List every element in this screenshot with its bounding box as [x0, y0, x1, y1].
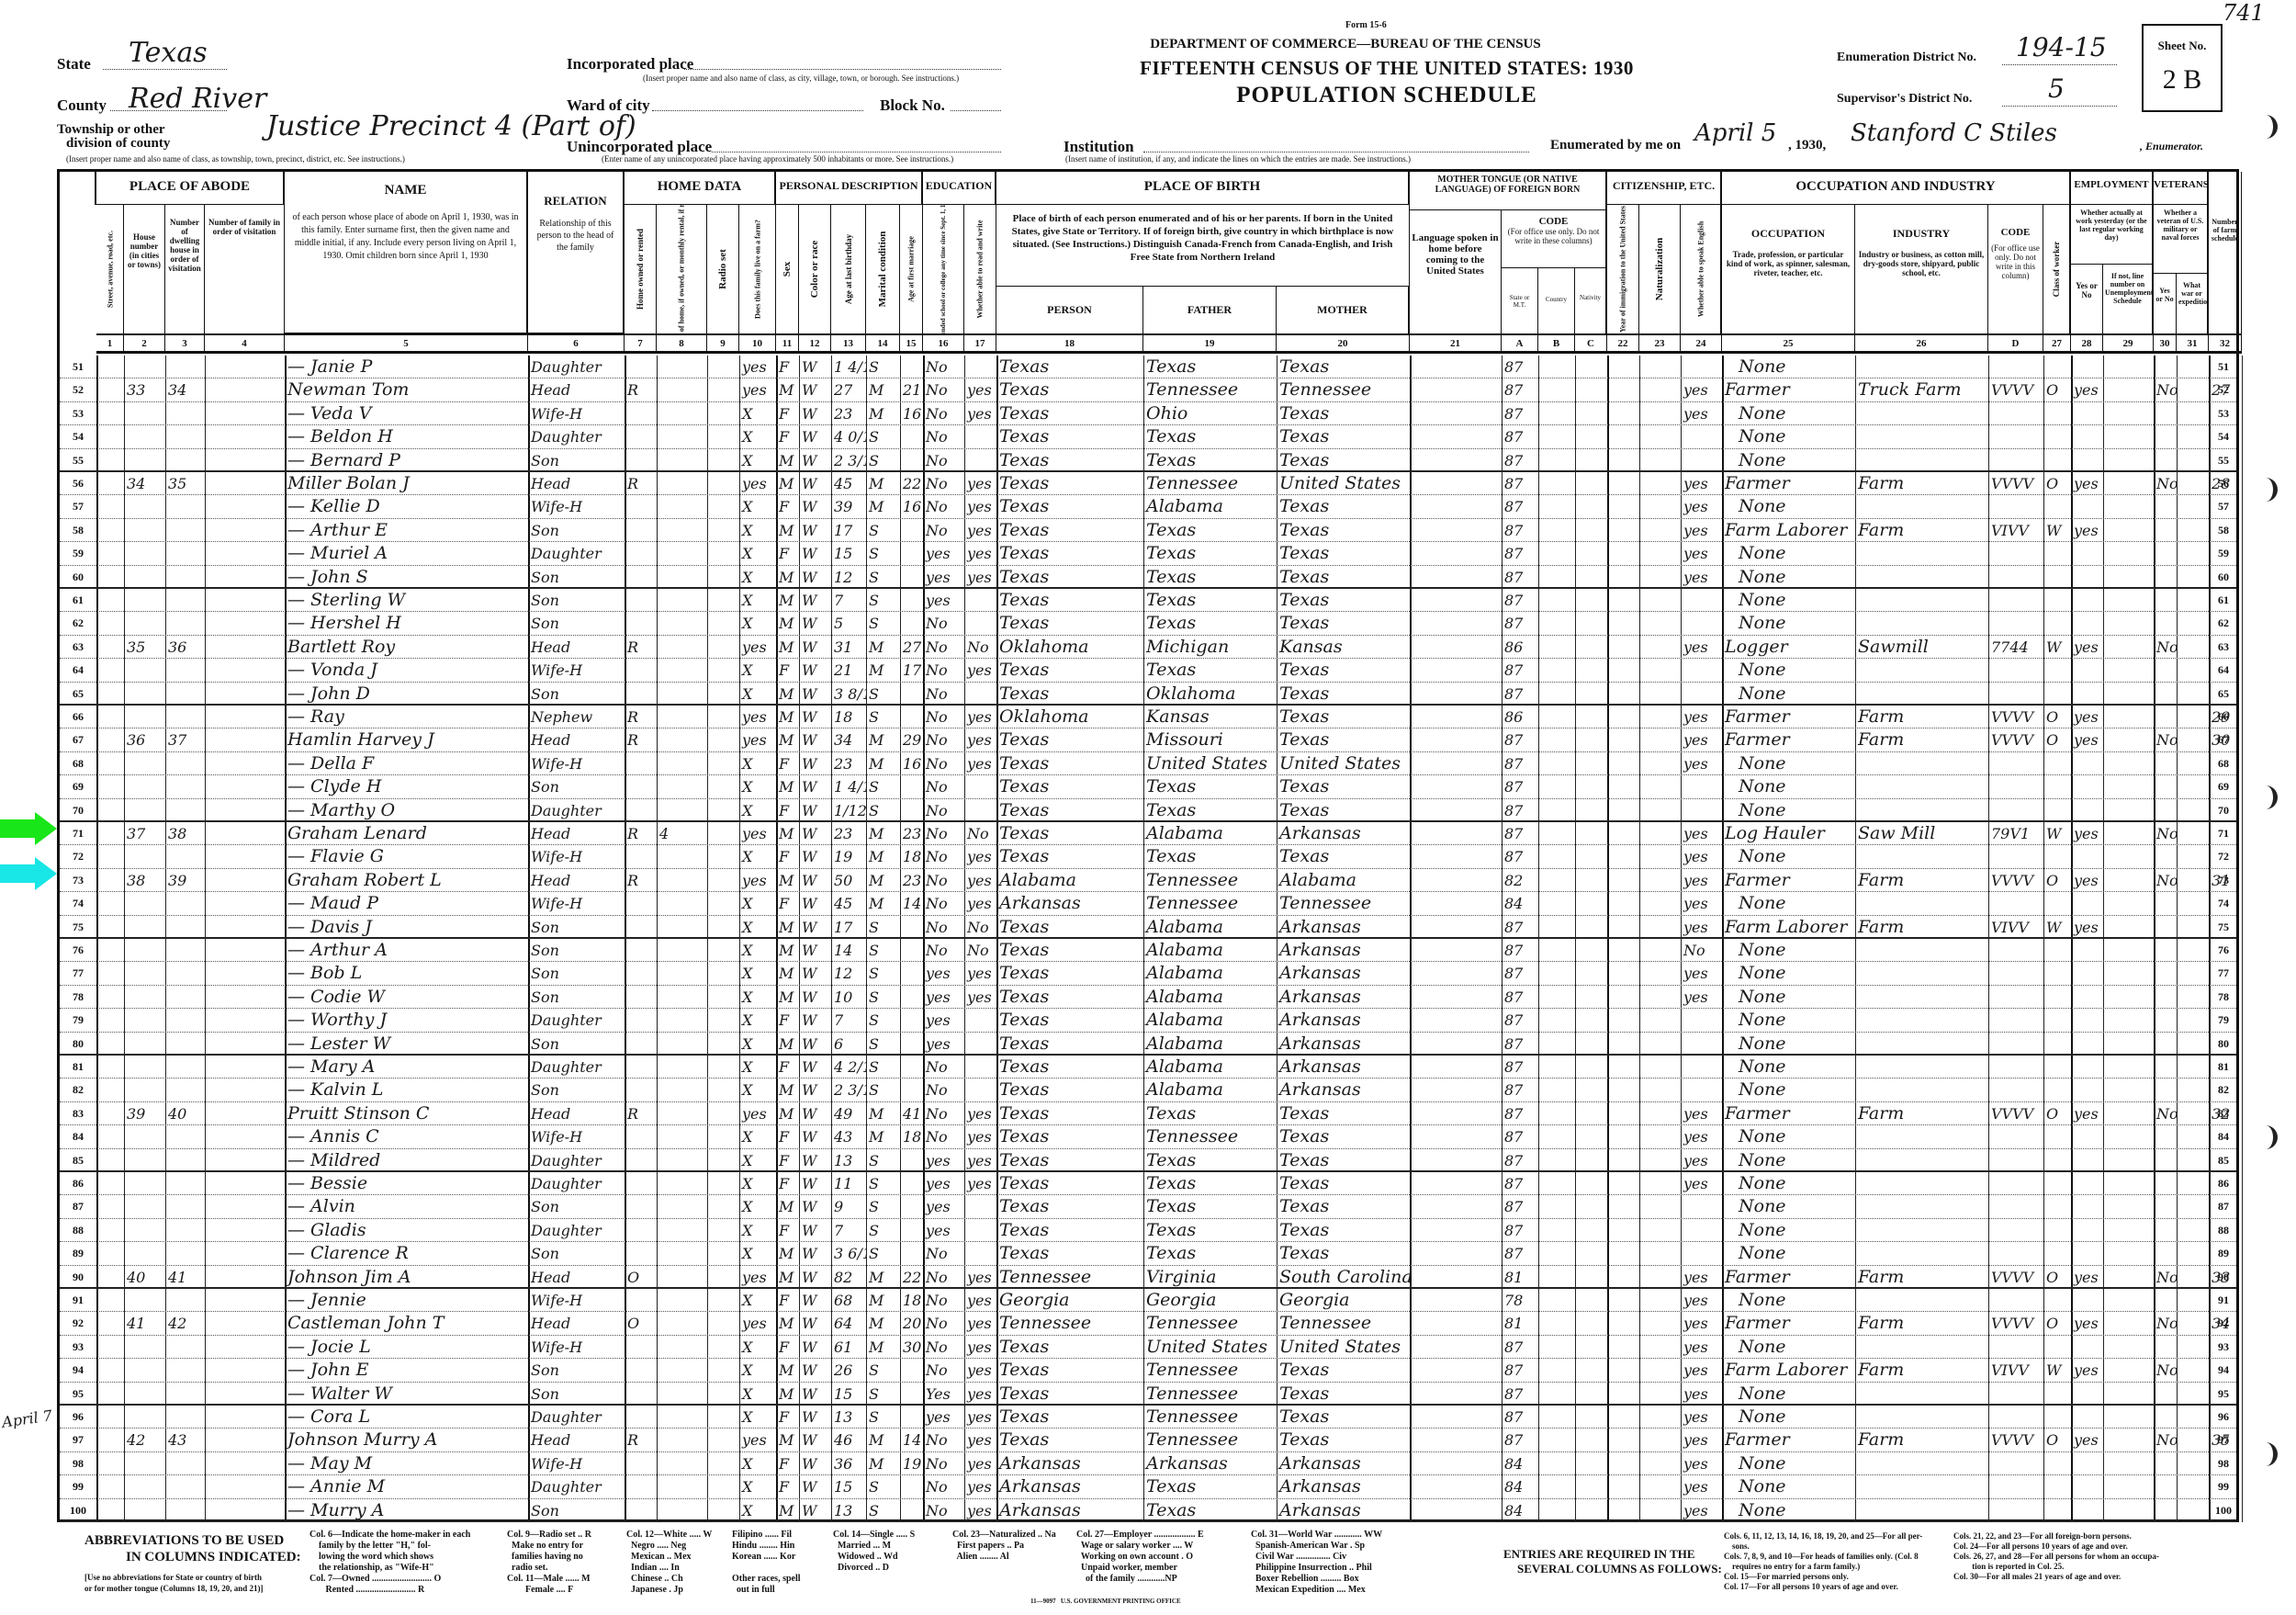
cell-age: 23: [831, 752, 866, 774]
cell-occ: None: [1722, 495, 1855, 517]
line-number-right: 84: [2209, 1125, 2238, 1148]
cell-mpob: South Carolina: [1277, 1266, 1410, 1287]
cell-mar: S: [866, 986, 900, 1008]
county-label: County: [57, 96, 107, 115]
cell-rel: Son: [528, 916, 625, 937]
incorporated-note: (Insert proper name and also name of cla…: [643, 73, 959, 83]
cell-ind: Saw Mill: [1855, 822, 1988, 844]
cell-farm: X: [739, 612, 776, 634]
green-arrow-marker: [0, 812, 57, 845]
cell-sex: F: [776, 1125, 799, 1147]
line-number-right: 81: [2209, 1056, 2238, 1079]
census-row: 9393— Jocie LWife-HXFW61M30NoyesTexasUni…: [60, 1336, 2236, 1359]
cell-race: W: [799, 519, 831, 541]
cell-sex: M: [776, 986, 799, 1008]
line-number: 52: [63, 378, 93, 401]
cell-sex: M: [776, 1383, 799, 1404]
cell-mpob: Tennessee: [1277, 378, 1410, 401]
cell-fpob: Texas: [1143, 1102, 1277, 1124]
cell-mpob: Texas: [1277, 1383, 1410, 1404]
cell-farm: X: [739, 1289, 776, 1311]
cell-mar: M: [866, 822, 900, 844]
cell-occ: None: [1722, 1009, 1855, 1031]
cell-race: W: [799, 892, 831, 914]
cell-rel: Daughter: [528, 1149, 625, 1170]
cell-rel: Wife-H: [528, 1452, 625, 1474]
cell-pob: Texas: [996, 1242, 1143, 1264]
cell-farm: X: [739, 1009, 776, 1031]
veterans-desc: Whether a veteran of U.S. military or na…: [2154, 205, 2209, 273]
line-number: 53: [63, 402, 93, 425]
ward-line: [652, 110, 863, 111]
cell-eng: yes: [1681, 542, 1722, 564]
cell-ocode: 7744: [1988, 636, 2043, 658]
cell-sch: No: [923, 1056, 964, 1078]
line-number: 55: [63, 449, 93, 472]
cell-dw: 40: [124, 1266, 165, 1287]
enumerator-name: Stanford C Stiles: [1851, 119, 2057, 147]
abbrev-col31: Col. 31—World War ............ WW Spanis…: [1251, 1530, 1382, 1596]
cell-age: 46: [831, 1429, 866, 1451]
census-row: 7272— Flavie GWife-HXFW19M18NoyesTexasTe…: [60, 845, 2236, 868]
scan-hole-mark: [2265, 478, 2278, 502]
cell-pob: Texas: [996, 916, 1143, 937]
cell-eng: yes: [1681, 1289, 1722, 1311]
cell-fpob: Texas: [1143, 612, 1277, 634]
cell-cls: O: [2043, 472, 2071, 494]
cell-race: W: [799, 472, 831, 494]
col-25-header: OCCUPATION Trade, profession, or particu…: [1722, 205, 1855, 333]
cell-eng: yes: [1681, 1452, 1722, 1474]
margin-date-note: April 7: [1, 1406, 53, 1430]
cell-fpob: Texas: [1143, 1195, 1277, 1217]
cell-race: W: [799, 683, 831, 704]
cell-dw: 35: [124, 636, 165, 658]
cell-fpob: Alabama: [1143, 822, 1277, 844]
cell-fpob: Tennessee: [1143, 378, 1277, 401]
cell-sex: M: [776, 1359, 799, 1381]
enumerated-label: Enumerated by me on: [1550, 138, 1681, 153]
cyan-arrow-marker: [0, 857, 57, 890]
col-27-header: Class of worker: [2043, 205, 2071, 333]
pob-description: Place of birth of each person enumerated…: [996, 205, 1410, 286]
cell-rel: Head: [528, 1266, 625, 1287]
cell-pob: Arkansas: [996, 892, 1143, 914]
cell-pob: Texas: [996, 1033, 1143, 1054]
line-number-right: 69: [2209, 775, 2238, 798]
cell-farm: X: [739, 962, 776, 984]
cell-race: W: [799, 845, 831, 867]
cell-rel: Daughter: [528, 1219, 625, 1241]
cell-name: — Alvin: [285, 1195, 528, 1217]
cell-ocode: VVVV: [1988, 378, 2043, 401]
cell-age: 13: [831, 1499, 866, 1520]
cell-sch: No: [923, 1359, 964, 1381]
cell-fpob: Tennessee: [1143, 1429, 1277, 1451]
cell-fam: 35: [165, 472, 205, 494]
cell-read: yes: [964, 378, 996, 401]
cell-fpob: Arkansas: [1143, 1452, 1277, 1474]
cell-age: 61: [831, 1336, 866, 1358]
column-number: D: [1988, 333, 2043, 354]
cell-read: yes: [964, 542, 996, 564]
cell-sch: No: [923, 799, 964, 820]
cell-fpob: Kansas: [1143, 706, 1277, 728]
cell-rel: Son: [528, 683, 625, 704]
column-number: 28: [2071, 333, 2103, 354]
cell-occ: Farm Laborer: [1722, 916, 1855, 937]
line-number-right: 98: [2209, 1452, 2238, 1475]
census-row: 6464— Vonda JWife-HXFW21M17NoyesTexasTex…: [60, 659, 2236, 682]
cell-name: — Kellie D: [285, 495, 528, 517]
cell-sch: No: [923, 356, 964, 378]
line-number: 77: [63, 962, 93, 985]
cell-pob: Texas: [996, 799, 1143, 820]
column-number: A: [1502, 333, 1538, 354]
cell-code: 84: [1502, 892, 1538, 914]
cell-race: W: [799, 1149, 831, 1170]
cell-sch: No: [923, 1266, 964, 1287]
code-ABC-header: CODE (For office use only. Do not write …: [1502, 210, 1607, 267]
census-row: 8585— MildredDaughterXFW13SyesyesTexasTe…: [60, 1149, 2236, 1172]
cell-farm: X: [739, 1149, 776, 1170]
col-22-header: Year of immigration to the United States: [1607, 205, 1639, 333]
institution-note: (Insert name of institution, if any, and…: [1065, 154, 1411, 164]
cell-agem: 16: [900, 495, 923, 517]
cell-name: — Walter W: [285, 1383, 528, 1404]
cell-fpob: Texas: [1143, 845, 1277, 867]
cell-sch: No: [923, 636, 964, 658]
township-label-2: division of county: [66, 136, 170, 152]
cell-mpob: Texas: [1277, 495, 1410, 517]
cell-race: W: [799, 1172, 831, 1194]
line-number-right: 71: [2209, 822, 2238, 845]
cell-code: 84: [1502, 1452, 1538, 1474]
cell-fam: 43: [165, 1429, 205, 1451]
line-number-right: 57: [2209, 495, 2238, 518]
cell-fpob: Oklahoma: [1143, 683, 1277, 704]
cell-farm: X: [739, 916, 776, 937]
cell-name: — Flavie G: [285, 845, 528, 867]
census-row: 52523334Newman TomHeadRyesMW27M21NoyesTe…: [60, 378, 2236, 401]
cell-farm: X: [739, 752, 776, 774]
cell-farm: X: [739, 1125, 776, 1147]
cell-occ: None: [1722, 986, 1855, 1008]
cell-sex: F: [776, 1056, 799, 1078]
cell-occ: None: [1722, 1452, 1855, 1474]
line-number: 54: [63, 425, 93, 448]
cell-name: — John D: [285, 683, 528, 704]
cell-pob: Texas: [996, 1149, 1143, 1170]
abbrev-col6-7: Col. 6—Indicate the home-maker in each f…: [310, 1530, 470, 1596]
cell-name: Johnson Jim A: [285, 1266, 528, 1287]
cell-occ: None: [1722, 1172, 1855, 1194]
cell-pob: Texas: [996, 402, 1143, 424]
cell-dw: 36: [124, 728, 165, 751]
cell-farm: X: [739, 1242, 776, 1264]
cell-code: 87: [1502, 472, 1538, 494]
group-education: EDUCATION: [923, 172, 996, 205]
cell-pob: Texas: [996, 683, 1143, 704]
cell-ocode: VVVV: [1988, 1429, 2043, 1451]
cell-work: yes: [2071, 869, 2103, 891]
cell-vet: No: [2154, 378, 2177, 401]
line-number-right: 100: [2209, 1499, 2238, 1522]
cell-ind: Farm: [1855, 1429, 1988, 1451]
cell-name: — Della F: [285, 752, 528, 774]
cell-fpob: Alabama: [1143, 916, 1277, 937]
census-row: 8989— Clarence RSonXMW3 6/12SNoTexasTexa…: [60, 1242, 2236, 1265]
cell-mpob: Texas: [1277, 683, 1410, 704]
cell-fpob: Texas: [1143, 425, 1277, 447]
cell-name: — Murry A: [285, 1499, 528, 1520]
cell-mar: M: [866, 1125, 900, 1147]
column-number: 14: [866, 333, 900, 354]
block-label: Block No.: [880, 96, 945, 115]
cell-mar: M: [866, 1266, 900, 1287]
cell-name: — Bernard P: [285, 449, 528, 470]
cell-fam: 37: [165, 728, 205, 751]
cell-name: — Marthy O: [285, 799, 528, 820]
cell-mar: S: [866, 939, 900, 961]
cell-age: 45: [831, 892, 866, 914]
form-number: Form 15-6: [1345, 20, 1387, 30]
schedule-title: POPULATION SCHEDULE: [1176, 83, 1598, 108]
cell-race: W: [799, 1475, 831, 1497]
cell-pob: Texas: [996, 612, 1143, 634]
cell-read: No: [964, 822, 996, 844]
cell-occ: Farm Laborer: [1722, 1359, 1855, 1381]
cell-occ: Farmer: [1722, 869, 1855, 891]
column-number: 23: [1639, 333, 1681, 354]
cell-code: 82: [1502, 869, 1538, 891]
line-number: 64: [63, 659, 93, 682]
cell-name: — Bessie: [285, 1172, 528, 1194]
cell-sex: F: [776, 1219, 799, 1241]
cell-rel: Son: [528, 939, 625, 961]
cell-read: yes: [964, 1475, 996, 1497]
cell-age: 13: [831, 1406, 866, 1428]
census-row: 9696— Cora LDaughterXFW13SyesyesTexasTen…: [60, 1406, 2236, 1429]
cell-farm: X: [739, 1195, 776, 1217]
line-number-right: 55: [2209, 449, 2238, 472]
census-row: 7777— Bob LSonXMW12SyesyesTexasAlabamaAr…: [60, 962, 2236, 985]
cell-sch: No: [923, 706, 964, 728]
cell-fam: 36: [165, 636, 205, 658]
census-row: 90904041Johnson Jim AHeadOyesMW82M22Noye…: [60, 1266, 2236, 1289]
cell-mar: S: [866, 542, 900, 564]
cell-age: 9: [831, 1195, 866, 1217]
cell-rel: Son: [528, 1383, 625, 1404]
line-number: 79: [63, 1009, 93, 1032]
cell-work: yes: [2071, 1266, 2103, 1287]
cell-code: 87: [1502, 1056, 1538, 1078]
cell-occ: Farmer: [1722, 378, 1855, 401]
cell-read: yes: [964, 402, 996, 424]
cell-code: 87: [1502, 1219, 1538, 1241]
cell-rel: Son: [528, 1359, 625, 1381]
cell-farmno: 35: [2209, 1429, 2242, 1451]
column-number: 24: [1681, 333, 1722, 354]
cell-race: W: [799, 728, 831, 751]
cell-fpob: Texas: [1143, 566, 1277, 587]
cell-occ: None: [1722, 962, 1855, 984]
cell-mar: M: [866, 869, 900, 891]
cell-rel: Head: [528, 1429, 625, 1451]
cell-read: yes: [964, 1149, 996, 1170]
column-number: 9: [707, 333, 739, 354]
cell-sex: M: [776, 612, 799, 634]
cell-rel: Son: [528, 962, 625, 984]
cell-mpob: Arkansas: [1277, 1009, 1410, 1031]
cell-sex: M: [776, 775, 799, 797]
cell-age: 19: [831, 845, 866, 867]
cell-mar: S: [866, 1219, 900, 1241]
cell-occ: None: [1722, 1079, 1855, 1101]
cell-race: W: [799, 1359, 831, 1381]
cell-rel: Son: [528, 986, 625, 1008]
cell-sch: No: [923, 752, 964, 774]
cell-sex: F: [776, 1475, 799, 1497]
cell-occ: Logger: [1722, 636, 1855, 658]
cell-fpob: Alabama: [1143, 962, 1277, 984]
cell-read: No: [964, 636, 996, 658]
cell-occ: None: [1722, 845, 1855, 867]
cell-mar: S: [866, 1079, 900, 1101]
cell-eng: yes: [1681, 869, 1722, 891]
cell-agem: 17: [900, 659, 923, 681]
cell-eng: yes: [1681, 519, 1722, 541]
line-number: 70: [63, 799, 93, 822]
cell-agem: 20: [900, 1312, 923, 1334]
block-line: [951, 110, 1001, 111]
cell-farm: X: [739, 1499, 776, 1520]
cell-mpob: Texas: [1277, 1125, 1410, 1147]
cell-rel: Daughter: [528, 799, 625, 820]
cell-name: — Davis J: [285, 916, 528, 937]
cell-sex: F: [776, 1289, 799, 1311]
abbrev-col12: Col. 12—White ..... W Negro ..... Neg Me…: [626, 1530, 712, 1596]
cell-mpob: Arkansas: [1277, 1033, 1410, 1054]
cell-dw: 41: [124, 1312, 165, 1334]
code-D-desc: (For office use only. Do not write in th…: [1990, 243, 2041, 280]
unincorporated-label: Unincorporated place: [567, 138, 712, 156]
cell-mpob: Texas: [1277, 519, 1410, 541]
cell-age: 7: [831, 1009, 866, 1031]
cell-mpob: Arkansas: [1277, 986, 1410, 1008]
cell-vet: No: [2154, 728, 2177, 751]
cell-agem: 18: [900, 845, 923, 867]
cell-val: 4: [657, 822, 707, 844]
cell-mpob: Arkansas: [1277, 939, 1410, 961]
cell-pob: Texas: [996, 1102, 1143, 1124]
abbrev-col27: Col. 27—Employer .................. E Wa…: [1076, 1530, 1204, 1585]
cell-code: 87: [1502, 378, 1538, 401]
cell-eng: yes: [1681, 822, 1722, 844]
scan-hole-mark: [2265, 1125, 2278, 1149]
cell-read: yes: [964, 1102, 996, 1124]
line-number-right: 70: [2209, 799, 2238, 822]
cell-fpob: Texas: [1143, 356, 1277, 378]
cell-pob: Texas: [996, 1056, 1143, 1078]
line-number-right: 58: [2209, 519, 2238, 542]
cell-pob: Texas: [996, 1429, 1143, 1451]
line-number-right: 54: [2209, 425, 2238, 448]
line-number-right: 82: [2209, 1079, 2238, 1101]
census-row: 71713738Graham LenardHeadR4yesMW23M23NoN…: [60, 822, 2236, 845]
cell-fpob: United States: [1143, 752, 1277, 774]
column-number: 7: [625, 333, 657, 354]
census-row: 9898— May MWife-HXFW36M19NoyesArkansasAr…: [60, 1452, 2236, 1475]
cell-read: yes: [964, 962, 996, 984]
cell-occ: None: [1722, 775, 1855, 797]
cell-occ: Farmer: [1722, 1312, 1855, 1334]
cell-race: W: [799, 1289, 831, 1311]
col-21-header: Language spoken in home before coming to…: [1410, 210, 1502, 333]
col-16-header: Attended school or college any time sinc…: [923, 205, 964, 333]
cell-fpob: Georgia: [1143, 1289, 1277, 1311]
cell-age: 1/12: [831, 799, 866, 820]
cell-ind: Farm: [1855, 728, 1988, 751]
census-row: 7676— Arthur ASonXMW14SNoNoTexasAlabamaA…: [60, 939, 2236, 962]
cell-sch: yes: [923, 542, 964, 564]
cell-mpob: Texas: [1277, 728, 1410, 751]
cell-eng: yes: [1681, 1406, 1722, 1428]
line-number: 95: [63, 1383, 93, 1406]
cell-eng: yes: [1681, 1312, 1722, 1334]
cell-rel: Wife-H: [528, 1125, 625, 1147]
census-row: 5555— Bernard PSonXMW2 3/12SNoTexasTexas…: [60, 449, 2236, 472]
incorporated-label: Incorporated place: [567, 55, 693, 73]
cell-occ: None: [1722, 402, 1855, 424]
col-14-header: Marital condition: [866, 205, 900, 333]
cell-age: 10: [831, 986, 866, 1008]
cell-fpob: Texas: [1143, 519, 1277, 541]
census-row: 5858— Arthur ESonXMW17SNoyesTexasTexasTe…: [60, 519, 2236, 542]
cell-age: 2 3/12: [831, 1079, 866, 1101]
group-name: NAME of each person whose place of abode…: [285, 172, 528, 333]
cell-sex: M: [776, 962, 799, 984]
cell-mpob: Texas: [1277, 775, 1410, 797]
enumerator-label: , Enumerator.: [2140, 140, 2203, 153]
cell-sch: No: [923, 683, 964, 704]
cell-race: W: [799, 1312, 831, 1334]
col-23-header: Naturalization: [1639, 205, 1681, 333]
col-26-header: INDUSTRY Industry or business, as cotton…: [1855, 205, 1988, 333]
line-number-right: 91: [2209, 1289, 2238, 1312]
cell-pob: Texas: [996, 356, 1143, 378]
census-row: 6666— RayNephewRyesMW18SNoyesOklahomaKan…: [60, 706, 2236, 728]
cell-occ: Farmer: [1722, 1266, 1855, 1287]
cell-cls: O: [2043, 728, 2071, 751]
cell-pob: Texas: [996, 1383, 1143, 1404]
column-number: 11: [776, 333, 799, 354]
cell-sch: No: [923, 1289, 964, 1311]
cell-occ: None: [1722, 1406, 1855, 1428]
cell-code: 87: [1502, 728, 1538, 751]
column-number: 26: [1855, 333, 1988, 354]
township-note: (Insert proper name and also name of cla…: [66, 154, 405, 164]
line-number: 100: [63, 1499, 93, 1522]
cell-cls: O: [2043, 1102, 2071, 1124]
cell-race: W: [799, 799, 831, 820]
line-number: 85: [63, 1149, 93, 1172]
cell-name: — Maud P: [285, 892, 528, 914]
cell-race: W: [799, 986, 831, 1008]
cell-sch: yes: [923, 566, 964, 587]
cell-farm: X: [739, 939, 776, 961]
cell-mar: M: [866, 728, 900, 751]
